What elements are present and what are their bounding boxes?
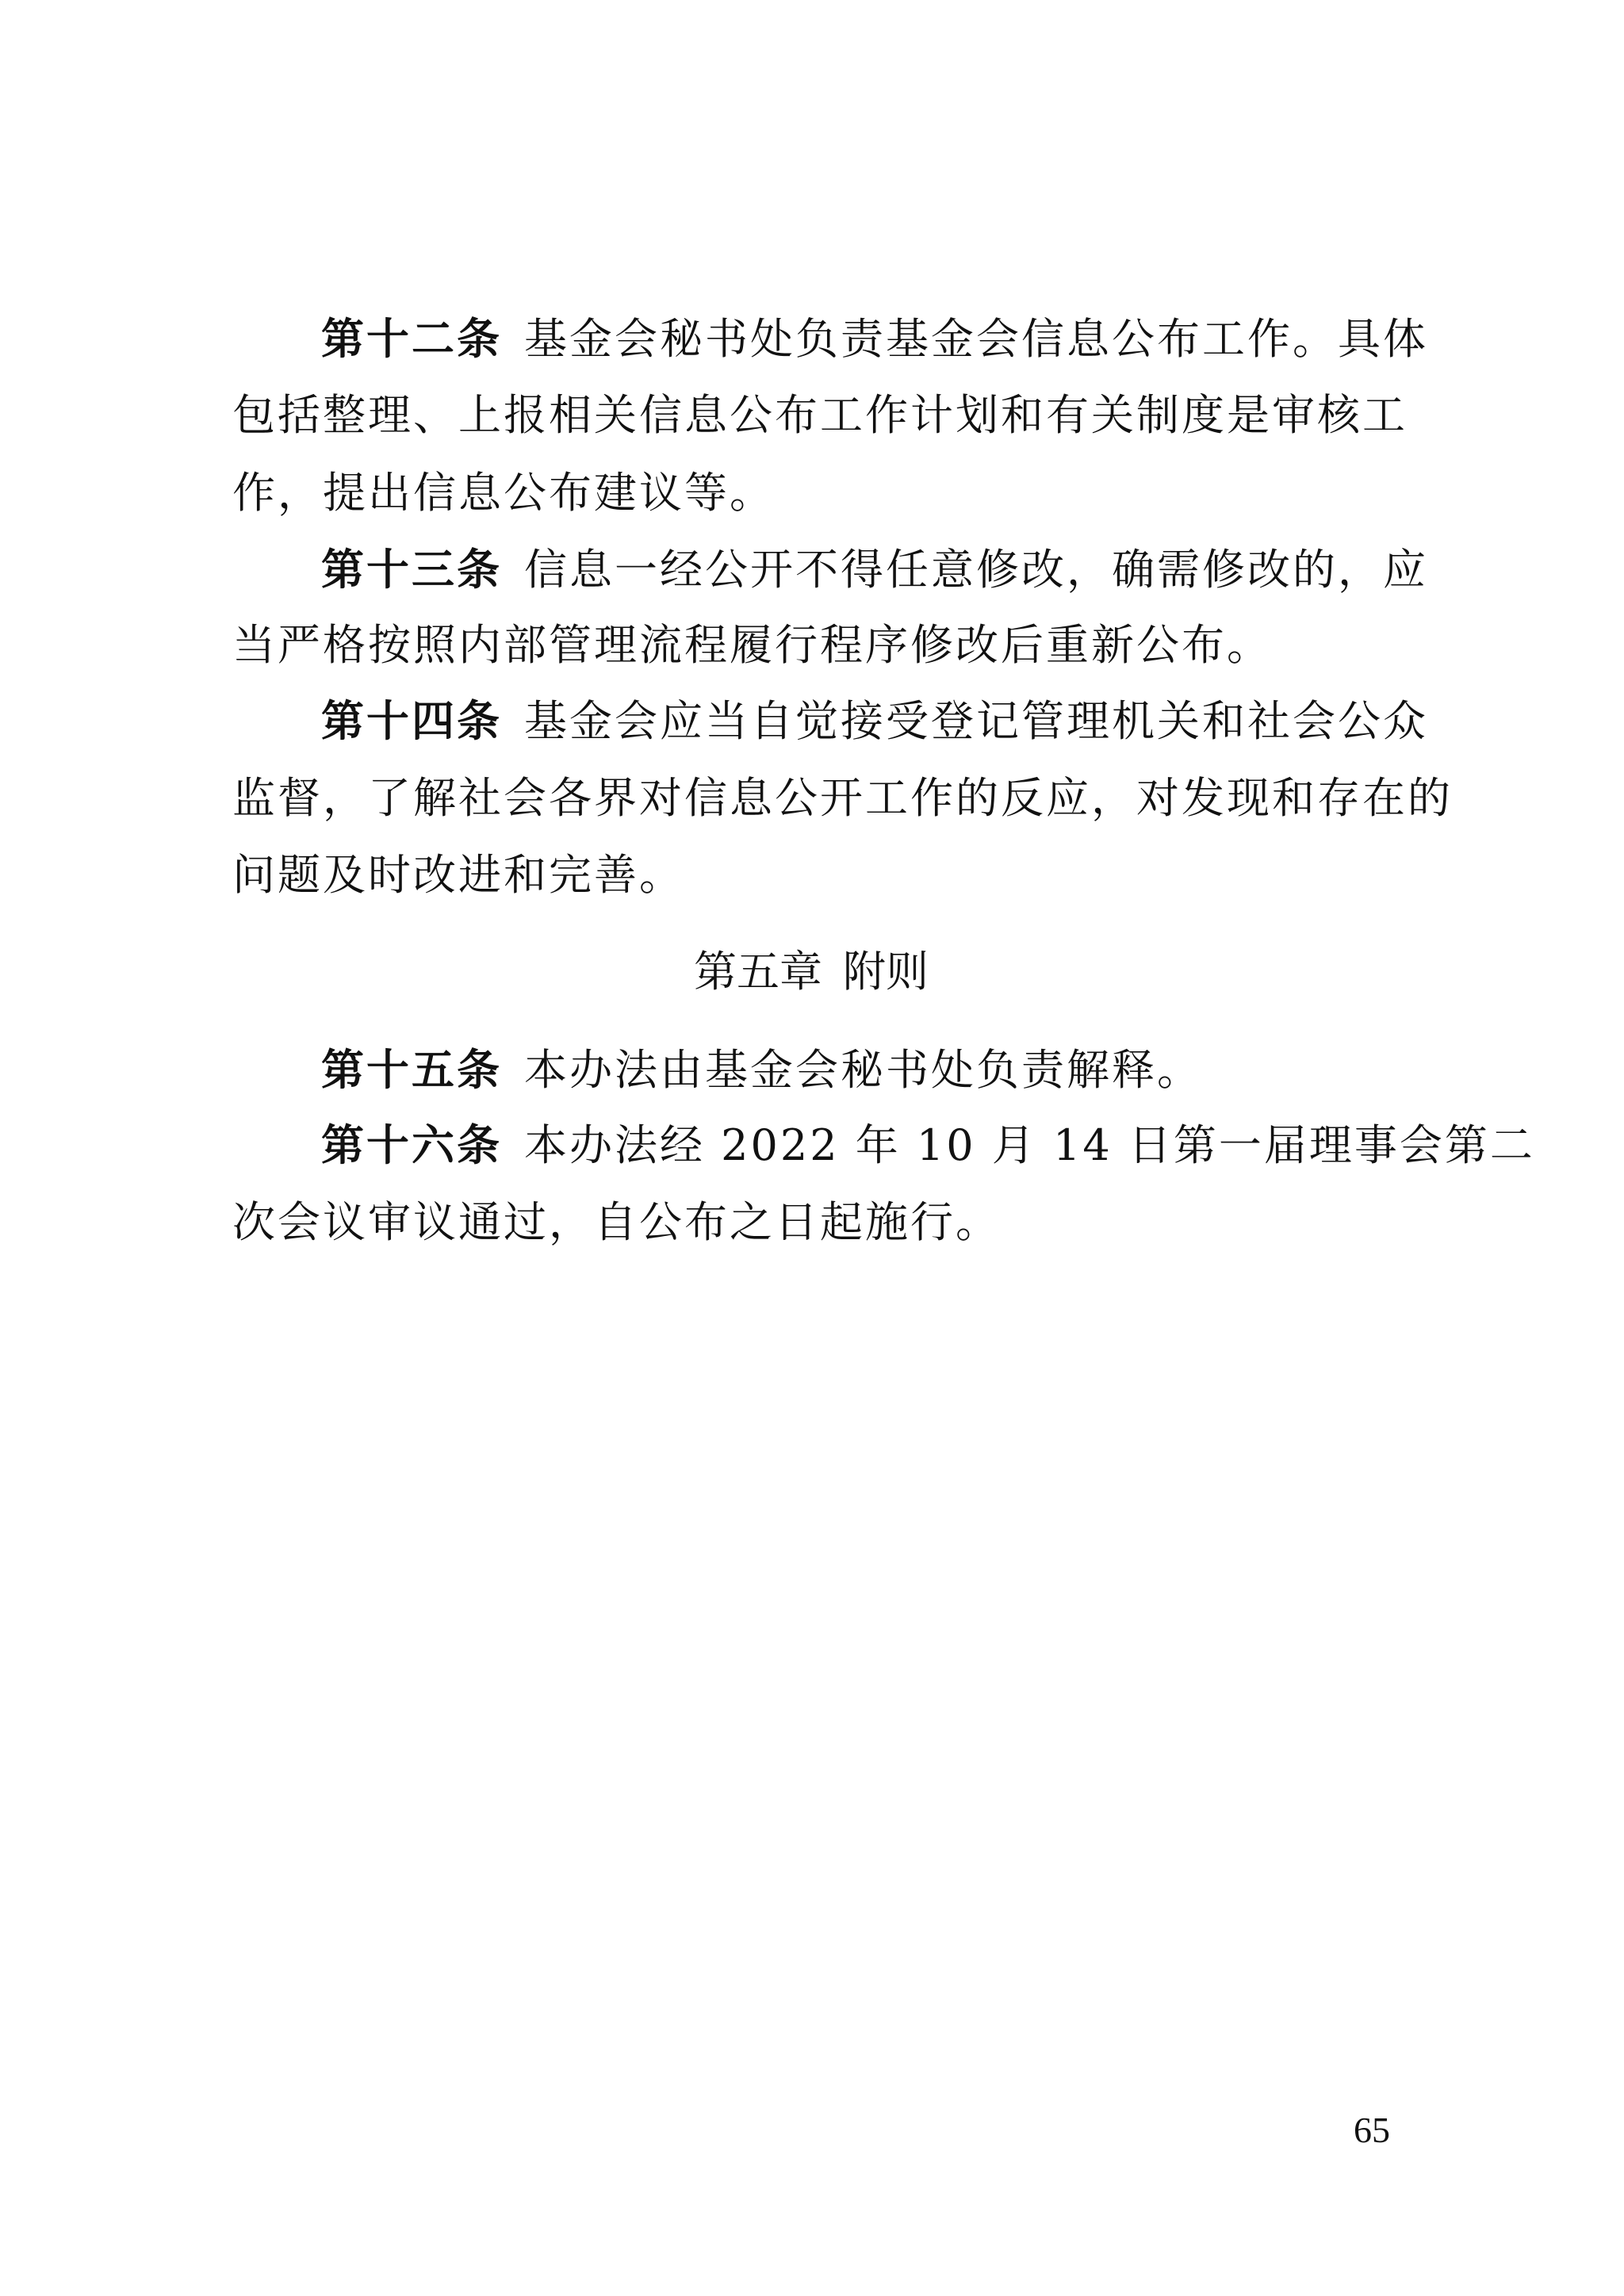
document-page: 第十二条基金会秘书处负责基金会信息公布工作。具体 包括整理、上报相关信息公布工作… xyxy=(0,0,1624,2296)
article-13-line-2: 当严格按照内部管理流程履行程序修改后重新公布。 xyxy=(232,622,1390,669)
article-label: 第十三条 xyxy=(321,544,502,595)
article-label: 第十四条 xyxy=(321,695,502,746)
article-14-line-3: 问题及时改进和完善。 xyxy=(232,851,1390,899)
article-text: 基金会应当自觉接受登记管理机关和社会公众 xyxy=(524,696,1428,746)
article-label: 第十二条 xyxy=(321,313,502,364)
chapter-title: 附则 xyxy=(843,947,929,997)
chapter-heading: 第五章附则 xyxy=(232,947,1390,997)
article-text: 本办法由基金会秘书处负责解释。 xyxy=(524,1045,1202,1095)
article-15-line-1: 第十五条本办法由基金会秘书处负责解释。 xyxy=(232,1046,1390,1093)
article-13-line-1: 第十三条信息一经公开不得任意修改，确需修改的，应 xyxy=(232,545,1390,593)
article-16-line-1: 第十六条本办法经 2022 年 10 月 14 日第一届理事会第二 xyxy=(232,1121,1390,1169)
article-12-line-3: 作，提出信息公布建议等。 xyxy=(232,469,1390,517)
article-text: 本办法经 2022 年 10 月 14 日第一届理事会第二 xyxy=(524,1120,1535,1170)
article-14-line-2: 监督，了解社会各界对信息公开工作的反应，对发现和存在的 xyxy=(232,775,1390,822)
chapter-number: 第五章 xyxy=(694,947,822,997)
article-16-line-2: 次会议审议通过，自公布之日起施行。 xyxy=(232,1199,1390,1246)
article-label: 第十六条 xyxy=(321,1119,502,1170)
page-number: 65 xyxy=(1354,2110,1390,2150)
article-12-line-2: 包括整理、上报相关信息公布工作计划和有关制度是审核工 xyxy=(232,392,1390,439)
article-label: 第十五条 xyxy=(321,1044,502,1095)
article-text: 信息一经公开不得任意修改，确需修改的，应 xyxy=(524,545,1428,595)
article-14-line-1: 第十四条基金会应当自觉接受登记管理机关和社会公众 xyxy=(232,697,1390,744)
article-12-line-1: 第十二条基金会秘书处负责基金会信息公布工作。具体 xyxy=(232,315,1390,362)
article-text: 基金会秘书处负责基金会信息公布工作。具体 xyxy=(524,314,1428,364)
